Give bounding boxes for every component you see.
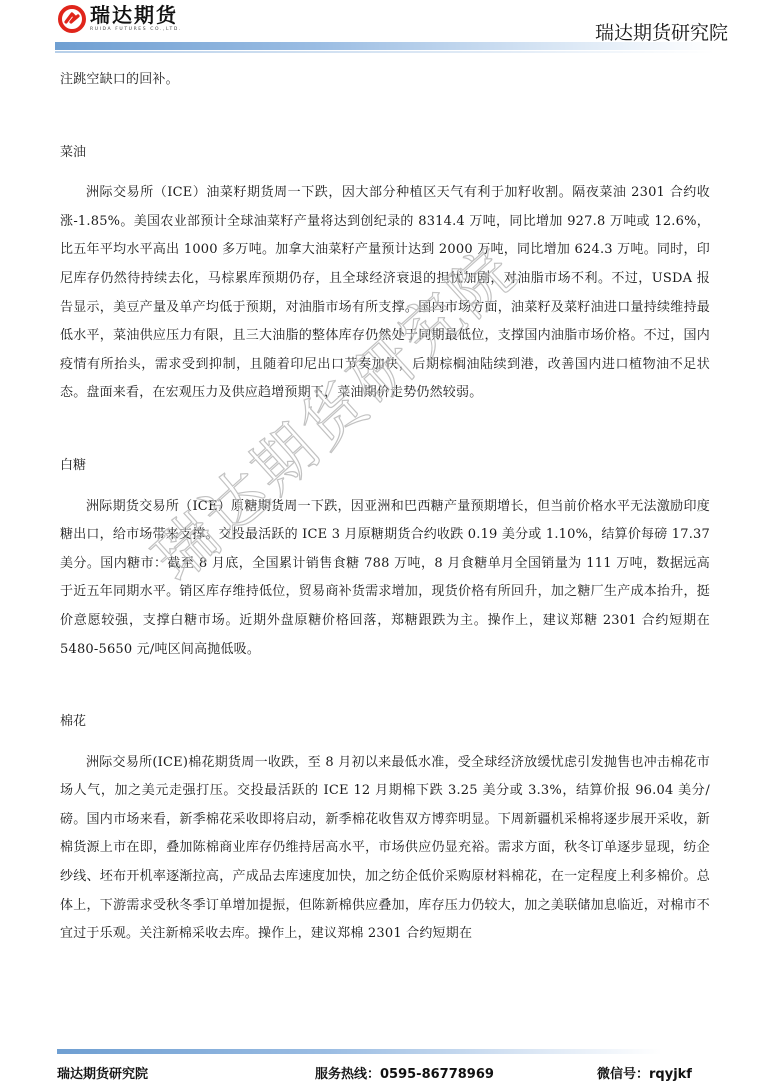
footer-wechat: 微信号：rqyjkf — [597, 1063, 692, 1082]
footer-org-name: 瑞达期货研究院 — [57, 1063, 148, 1082]
footer-divider — [57, 1049, 662, 1054]
footer-hotline: 服务热线：0595-86778969 — [315, 1063, 494, 1082]
header-title: 瑞达期货研究院 — [595, 18, 728, 45]
company-logo: 瑞达期货 RUIDA FUTURES CO.,LTD. — [58, 4, 182, 33]
lead-line: 注跳空缺口的回补。 — [60, 66, 710, 95]
logo-english-name: RUIDA FUTURES CO.,LTD. — [90, 27, 182, 33]
section-paragraph-sugar: 洲际期货交易所（ICE）原糖期货周一下跌，因亚洲和巴西糖产量预期增长，但当前价格… — [60, 493, 710, 665]
logo-icon — [58, 5, 86, 33]
header-divider-thin — [55, 51, 715, 53]
header-divider — [55, 42, 715, 50]
page-header: 瑞达期货 RUIDA FUTURES CO.,LTD. 瑞达期货研究院 — [0, 0, 770, 60]
section-paragraph-cotton: 洲际交易所(ICE)棉花期货周一收跌，至 8 月初以来最低水准，受全球经济放缓忧… — [60, 749, 710, 949]
section-title-cotton: 棉花 — [60, 708, 710, 737]
document-body: 注跳空缺口的回补。 菜油 洲际交易所（ICE）油菜籽期货周一下跌，因大部分种植区… — [60, 66, 710, 949]
section-title-sugar: 白糖 — [60, 452, 710, 481]
section-title-rapeseed-oil: 菜油 — [60, 139, 710, 168]
page-footer: 瑞达期货研究院 服务热线：0595-86778969 微信号：rqyjkf — [57, 1063, 717, 1085]
section-paragraph-rapeseed-oil: 洲际交易所（ICE）油菜籽期货周一下跌，因大部分种植区天气有利于加籽收割。隔夜菜… — [60, 179, 710, 408]
logo-chinese-name: 瑞达期货 — [90, 4, 182, 26]
